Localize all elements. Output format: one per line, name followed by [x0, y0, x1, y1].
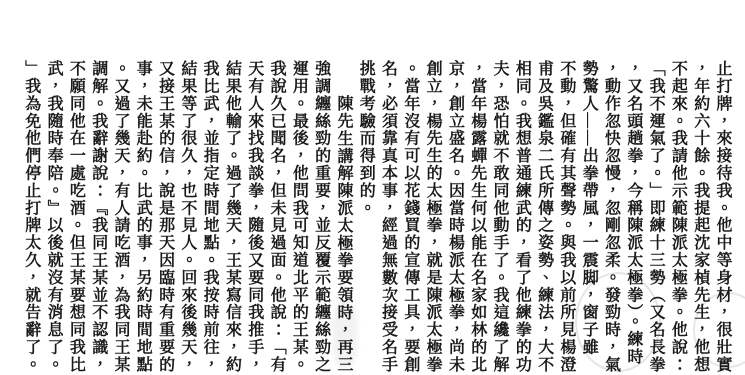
text-column-27: 事，未能赴約。比武的事，另約時間地點: [131, 60, 153, 374]
text-column-25: 結果等了很久，也不見人。回來後幾天，: [176, 60, 198, 374]
text-column-16: 名，必須靠真本事，經過無數次接受名手: [376, 60, 398, 374]
text-column-23: 結果他輸了。過了幾天，王某寫信來，約: [220, 60, 242, 374]
text-column-29: 調解。我辭謝說：『我同王某並不認識，: [86, 60, 108, 374]
text-column-11: 夫，恐怕就不敢同他動手了。我這纔了解: [488, 60, 510, 374]
text-column-26: 又接王某的信，說是那天因臨時有重要的: [153, 60, 175, 374]
text-column-19: 強調纏絲勁的重要，並反覆示範纏絲勁之: [309, 60, 331, 374]
text-column-1: 止打牌，來接待我。他中等身材，很壯實: [711, 60, 733, 374]
text-column-20: 運用。最後，他問我可知道北平的王某。: [287, 60, 309, 374]
vertical-text-block: 止打牌，來接待我。他中等身材，很壯實，年約六十餘。我提起沈家楨先生，他想不起來。…: [19, 60, 733, 374]
text-column-6: ，動作忽快忽慢，忽剛忽柔。發勁時，氣: [599, 60, 621, 374]
text-column-32: 」我為免他們停止打牌太久，就告辭了。: [20, 60, 42, 374]
text-column-4: 「我不運氣了。」即練十三勢（又名長拳: [644, 60, 666, 374]
text-column-5: ，又名頭趟拳，今稱陳派太極拳）。練時: [622, 60, 644, 374]
document-page: 止打牌，來接待我。他中等身材，很壯實，年約六十餘。我提起沈家楨先生，他想不起來。…: [0, 0, 745, 375]
text-column-24: 我比武，並指定時間地點。我按時前往，: [198, 60, 220, 374]
text-column-15: 。當年沒有可以花錢買的宣傳工具，要創: [399, 60, 421, 374]
text-column-8: 不動，但確有其聲勢。與我以前所見楊澄: [555, 60, 577, 374]
text-column-21: 我說久已聞名，但未見過面。他說：「有: [265, 60, 287, 374]
text-column-28: 。又過了幾天，有人請吃酒，為我同王某: [109, 60, 131, 374]
text-column-22: 天有人來找我談拳，隨後又要同我推手，: [242, 60, 264, 374]
text-column-7: 勢驚人——出拳帶風，一震脚，窗子雖: [577, 60, 599, 374]
text-column-30: 不願同他在一處吃酒。但王某要想同我比: [64, 60, 86, 374]
text-column-10: 相同。我想普通練武的，看了他練拳的功: [510, 60, 532, 374]
text-column-14: 創立，楊先生的太極拳，就是陳派太極拳: [421, 60, 443, 374]
text-column-3: 不起來。我請他示範陳派太極拳。他說：: [666, 60, 688, 374]
text-column-17: 挑戰考驗而得到的。: [354, 60, 376, 374]
text-column-13: 京，創立盛名。因當時楊派太極拳，尚未: [443, 60, 465, 374]
text-column-9: 甫及吳鑑泉二氏所傳之姿勢、練法，大不: [532, 60, 554, 374]
text-column-2: ，年約六十餘。我提起沈家楨先生，他想: [688, 60, 710, 374]
text-column-31: 武，我隨時奉陪。』以後就沒有消息了。: [42, 60, 64, 374]
text-column-12: ，當年楊露蟬先生何以能在名家如林的北: [465, 60, 487, 374]
text-column-18: 陳先生講解陳派太極拳要領時，再三: [332, 60, 354, 374]
